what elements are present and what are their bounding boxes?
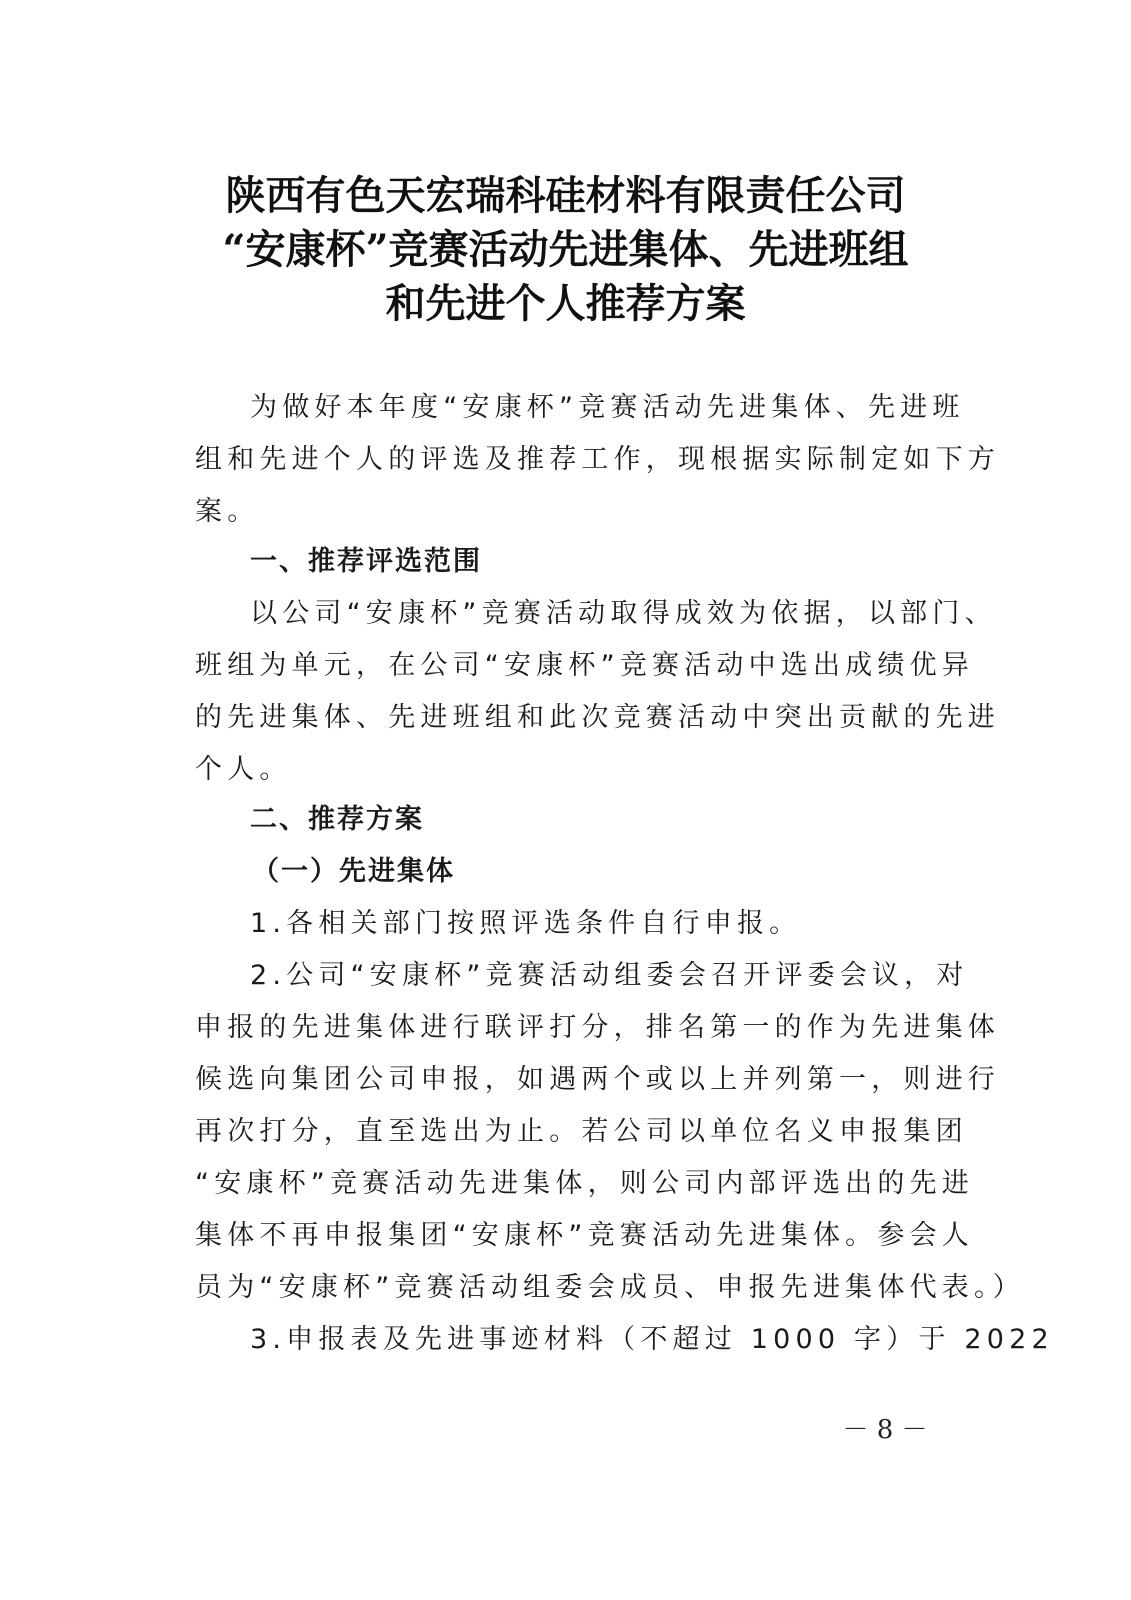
- item-3: 3.申报表及先进事迹材料（不超过 1000 字）于 2022: [250, 1320, 995, 1360]
- item-2-line-2: 申报的先进集体进行联评打分，排名第一的作为先进集体: [195, 1008, 940, 1048]
- item-1: 1.各相关部门按照评选条件自行申报。: [250, 904, 995, 944]
- section-1-line-3: 的先进集体、先进班组和此次竞赛活动中突出贡献的先进: [195, 698, 940, 738]
- item-2-line-6: 集体不再申报集团“安康杯”竞赛活动先进集体。参会人: [195, 1216, 940, 1256]
- item-2-line-4: 再次打分，直至选出为止。若公司以单位名义申报集团: [195, 1112, 940, 1152]
- intro-line-1: 为做好本年度“安康杯”竞赛活动先进集体、先进班: [250, 388, 995, 428]
- item-2-line-1: 2.公司“安康杯”竞赛活动组委会召开评委会议，对: [250, 956, 995, 996]
- page-number: － 8 －: [840, 1413, 930, 1447]
- subsection-1-heading: （一）先进集体: [252, 852, 997, 892]
- item-2-line-7: 员为“安康杯”竞赛活动组委会成员、申报先进集体代表。）: [195, 1268, 940, 1308]
- document-page: 陕西有色天宏瑞科硅材料有限责任公司 “安康杯”竞赛活动先进集体、先进班组 和先进…: [0, 0, 1131, 1600]
- section-1-line-4: 个人。: [195, 750, 940, 790]
- section-1-heading: 一、推荐评选范围: [250, 542, 995, 582]
- document-title-line-2: “安康杯”竞赛活动先进集体、先进班组: [0, 222, 1131, 278]
- intro-line-2: 组和先进个人的评选及推荐工作，现根据实际制定如下方: [195, 440, 940, 480]
- document-title-line-3: 和先进个人推荐方案: [0, 276, 1131, 332]
- item-2-line-3: 候选向集团公司申报，如遇两个或以上并列第一，则进行: [195, 1060, 940, 1100]
- document-title-line-1: 陕西有色天宏瑞科硅材料有限责任公司: [0, 168, 1131, 224]
- section-1-line-1: 以公司“安康杯”竞赛活动取得成效为依据，以部门、: [250, 594, 995, 634]
- section-2-heading: 二、推荐方案: [250, 800, 995, 840]
- intro-line-3: 案。: [195, 492, 940, 532]
- section-1-line-2: 班组为单元，在公司“安康杯”竞赛活动中选出成绩优异: [195, 646, 940, 686]
- item-2-line-5: “安康杯”竞赛活动先进集体，则公司内部评选出的先进: [195, 1164, 940, 1204]
